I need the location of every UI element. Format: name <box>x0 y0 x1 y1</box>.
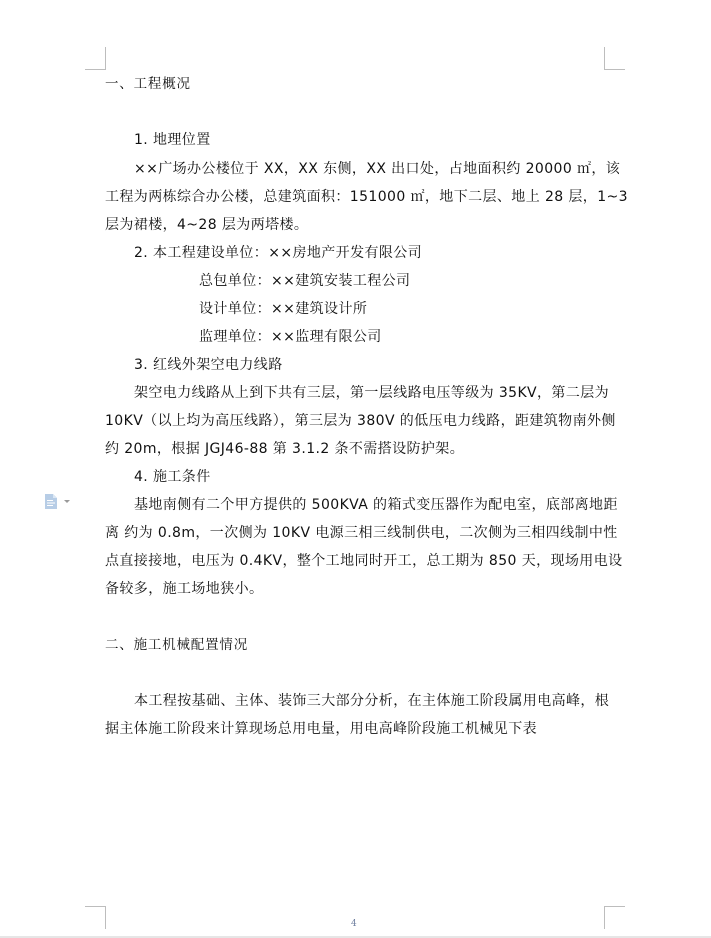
page-number: 4 <box>351 919 357 929</box>
subsection-title: 4. 施工条件 <box>134 468 211 486</box>
paragraph-line: 本工程按基础、主体、装饰三大部分分析，在主体施工阶段属用电高峰，根 <box>105 692 605 710</box>
margin-corner-top-right <box>604 47 625 70</box>
designer-line: 设计单位：××建筑设计所 <box>199 300 367 318</box>
paragraph-line: 基地南侧有二个甲方提供的 500KVA 的箱式变压器作为配电室，底部离地距 <box>105 496 605 514</box>
subsection-title: 1. 地理位置 <box>134 131 211 149</box>
subsection-title: 3. 红线外架空电力线路 <box>134 356 283 374</box>
paragraph-line: ××广场办公楼位于 XX，XX 东侧，XX 出口处，占地面积约 20000 ㎡，… <box>105 160 605 178</box>
caret-down-icon[interactable] <box>64 500 70 503</box>
paragraph-line: 备较多，施工场地狭小。 <box>105 580 263 598</box>
margin-corner-bottom-left <box>85 906 106 929</box>
document-icon[interactable] <box>44 494 58 509</box>
supervisor-line: 监理单位：××监理有限公司 <box>199 328 382 346</box>
paragraph-line: 点直接接地，电压为 0.4KV，整个工地同时开工，总工期为 850 天，现场用电… <box>105 552 605 570</box>
paragraph-line: 离 约为 0.8m，一次侧为 10KV 电源三相三线制供电，二次侧为三相四线制中… <box>105 524 605 542</box>
paragraph-line: 据主体施工阶段来计算现场总用电量，用电高峰阶段施工机械见下表 <box>105 720 537 738</box>
document-page: 一、工程概况 1. 地理位置 ××广场办公楼位于 XX，XX 东侧，XX 出口处… <box>0 0 711 936</box>
contractor-line: 总包单位：××建筑安装工程公司 <box>199 272 410 290</box>
paragraph-line: 工程为两栋综合办公楼，总建筑面积：151000 ㎡，地下二层、地上 28 层，1… <box>105 188 605 206</box>
paragraph-line: 10KV（以上均为高压线路），第三层为 380V 的低压电力线路，距建筑物南外侧 <box>105 412 605 430</box>
margin-corner-bottom-right <box>604 906 625 929</box>
paragraph-line: 层为裙楼，4~28 层为两塔楼。 <box>105 216 308 234</box>
section-heading: 一、工程概况 <box>105 75 191 93</box>
section-heading: 二、施工机械配置情况 <box>105 636 248 654</box>
paragraph-line: 约 20m，根据 JGJ46-88 第 3.1.2 条不需搭设防护架。 <box>105 440 464 458</box>
margin-corner-top-left <box>85 47 106 70</box>
subsection-title: 2. 本工程建设单位：××房地产开发有限公司 <box>134 244 422 262</box>
paragraph-line: 架空电力线路从上到下共有三层，第一层线路电压等级为 35KV，第二层为 <box>105 384 605 402</box>
